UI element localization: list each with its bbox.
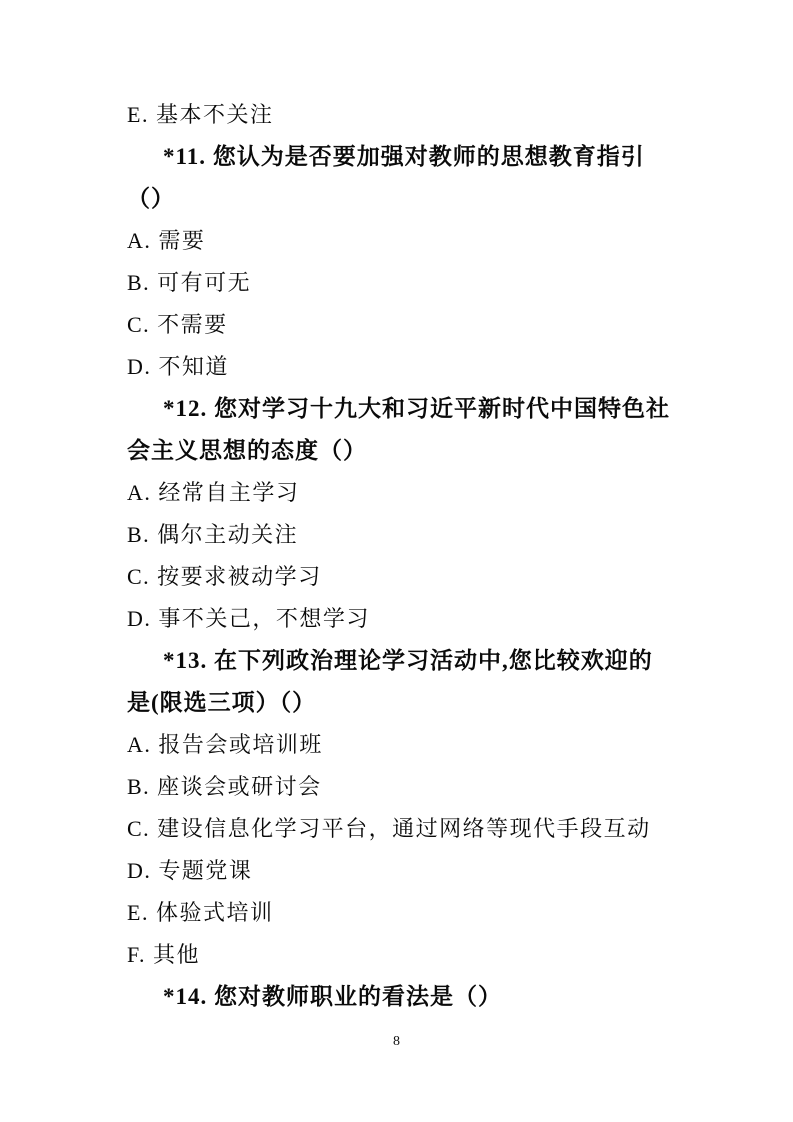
question-12-option-b: B. 偶尔主动关注 [127, 514, 671, 556]
question-13-option-d: D. 专题党课 [127, 850, 671, 892]
question-11-option-c: C. 不需要 [127, 304, 671, 346]
question-13-option-f: F. 其他 [127, 934, 671, 976]
question-11-option-d: D. 不知道 [127, 346, 671, 388]
question-11-title: *11. 您认为是否要加强对教师的思想教育指引（） [127, 136, 671, 220]
question-14-title: *14. 您对教师职业的看法是（） [127, 976, 671, 1018]
questionnaire-content: E. 基本不关注 *11. 您认为是否要加强对教师的思想教育指引（） A. 需要… [127, 94, 671, 1018]
question-11-option-a: A. 需要 [127, 220, 671, 262]
question-12-option-c: C. 按要求被动学习 [127, 556, 671, 598]
question-10-option-e: E. 基本不关注 [127, 94, 671, 136]
question-12-option-d: D. 事不关己，不想学习 [127, 598, 671, 640]
document-page: E. 基本不关注 *11. 您认为是否要加强对教师的思想教育指引（） A. 需要… [0, 0, 793, 1122]
question-13-option-e: E. 体验式培训 [127, 892, 671, 934]
question-12-title: *12. 您对学习十九大和习近平新时代中国特色社会主义思想的态度（） [127, 388, 671, 472]
question-13-option-c: C. 建设信息化学习平台，通过网络等现代手段互动 [127, 808, 671, 850]
question-11-option-b: B. 可有可无 [127, 262, 671, 304]
page-number: 8 [0, 1034, 793, 1050]
question-12-option-a: A. 经常自主学习 [127, 472, 671, 514]
question-13-option-a: A. 报告会或培训班 [127, 724, 671, 766]
question-13-option-b: B. 座谈会或研讨会 [127, 766, 671, 808]
question-13-title: *13. 在下列政治理论学习活动中,您比较欢迎的是(限选三项）（） [127, 640, 671, 724]
